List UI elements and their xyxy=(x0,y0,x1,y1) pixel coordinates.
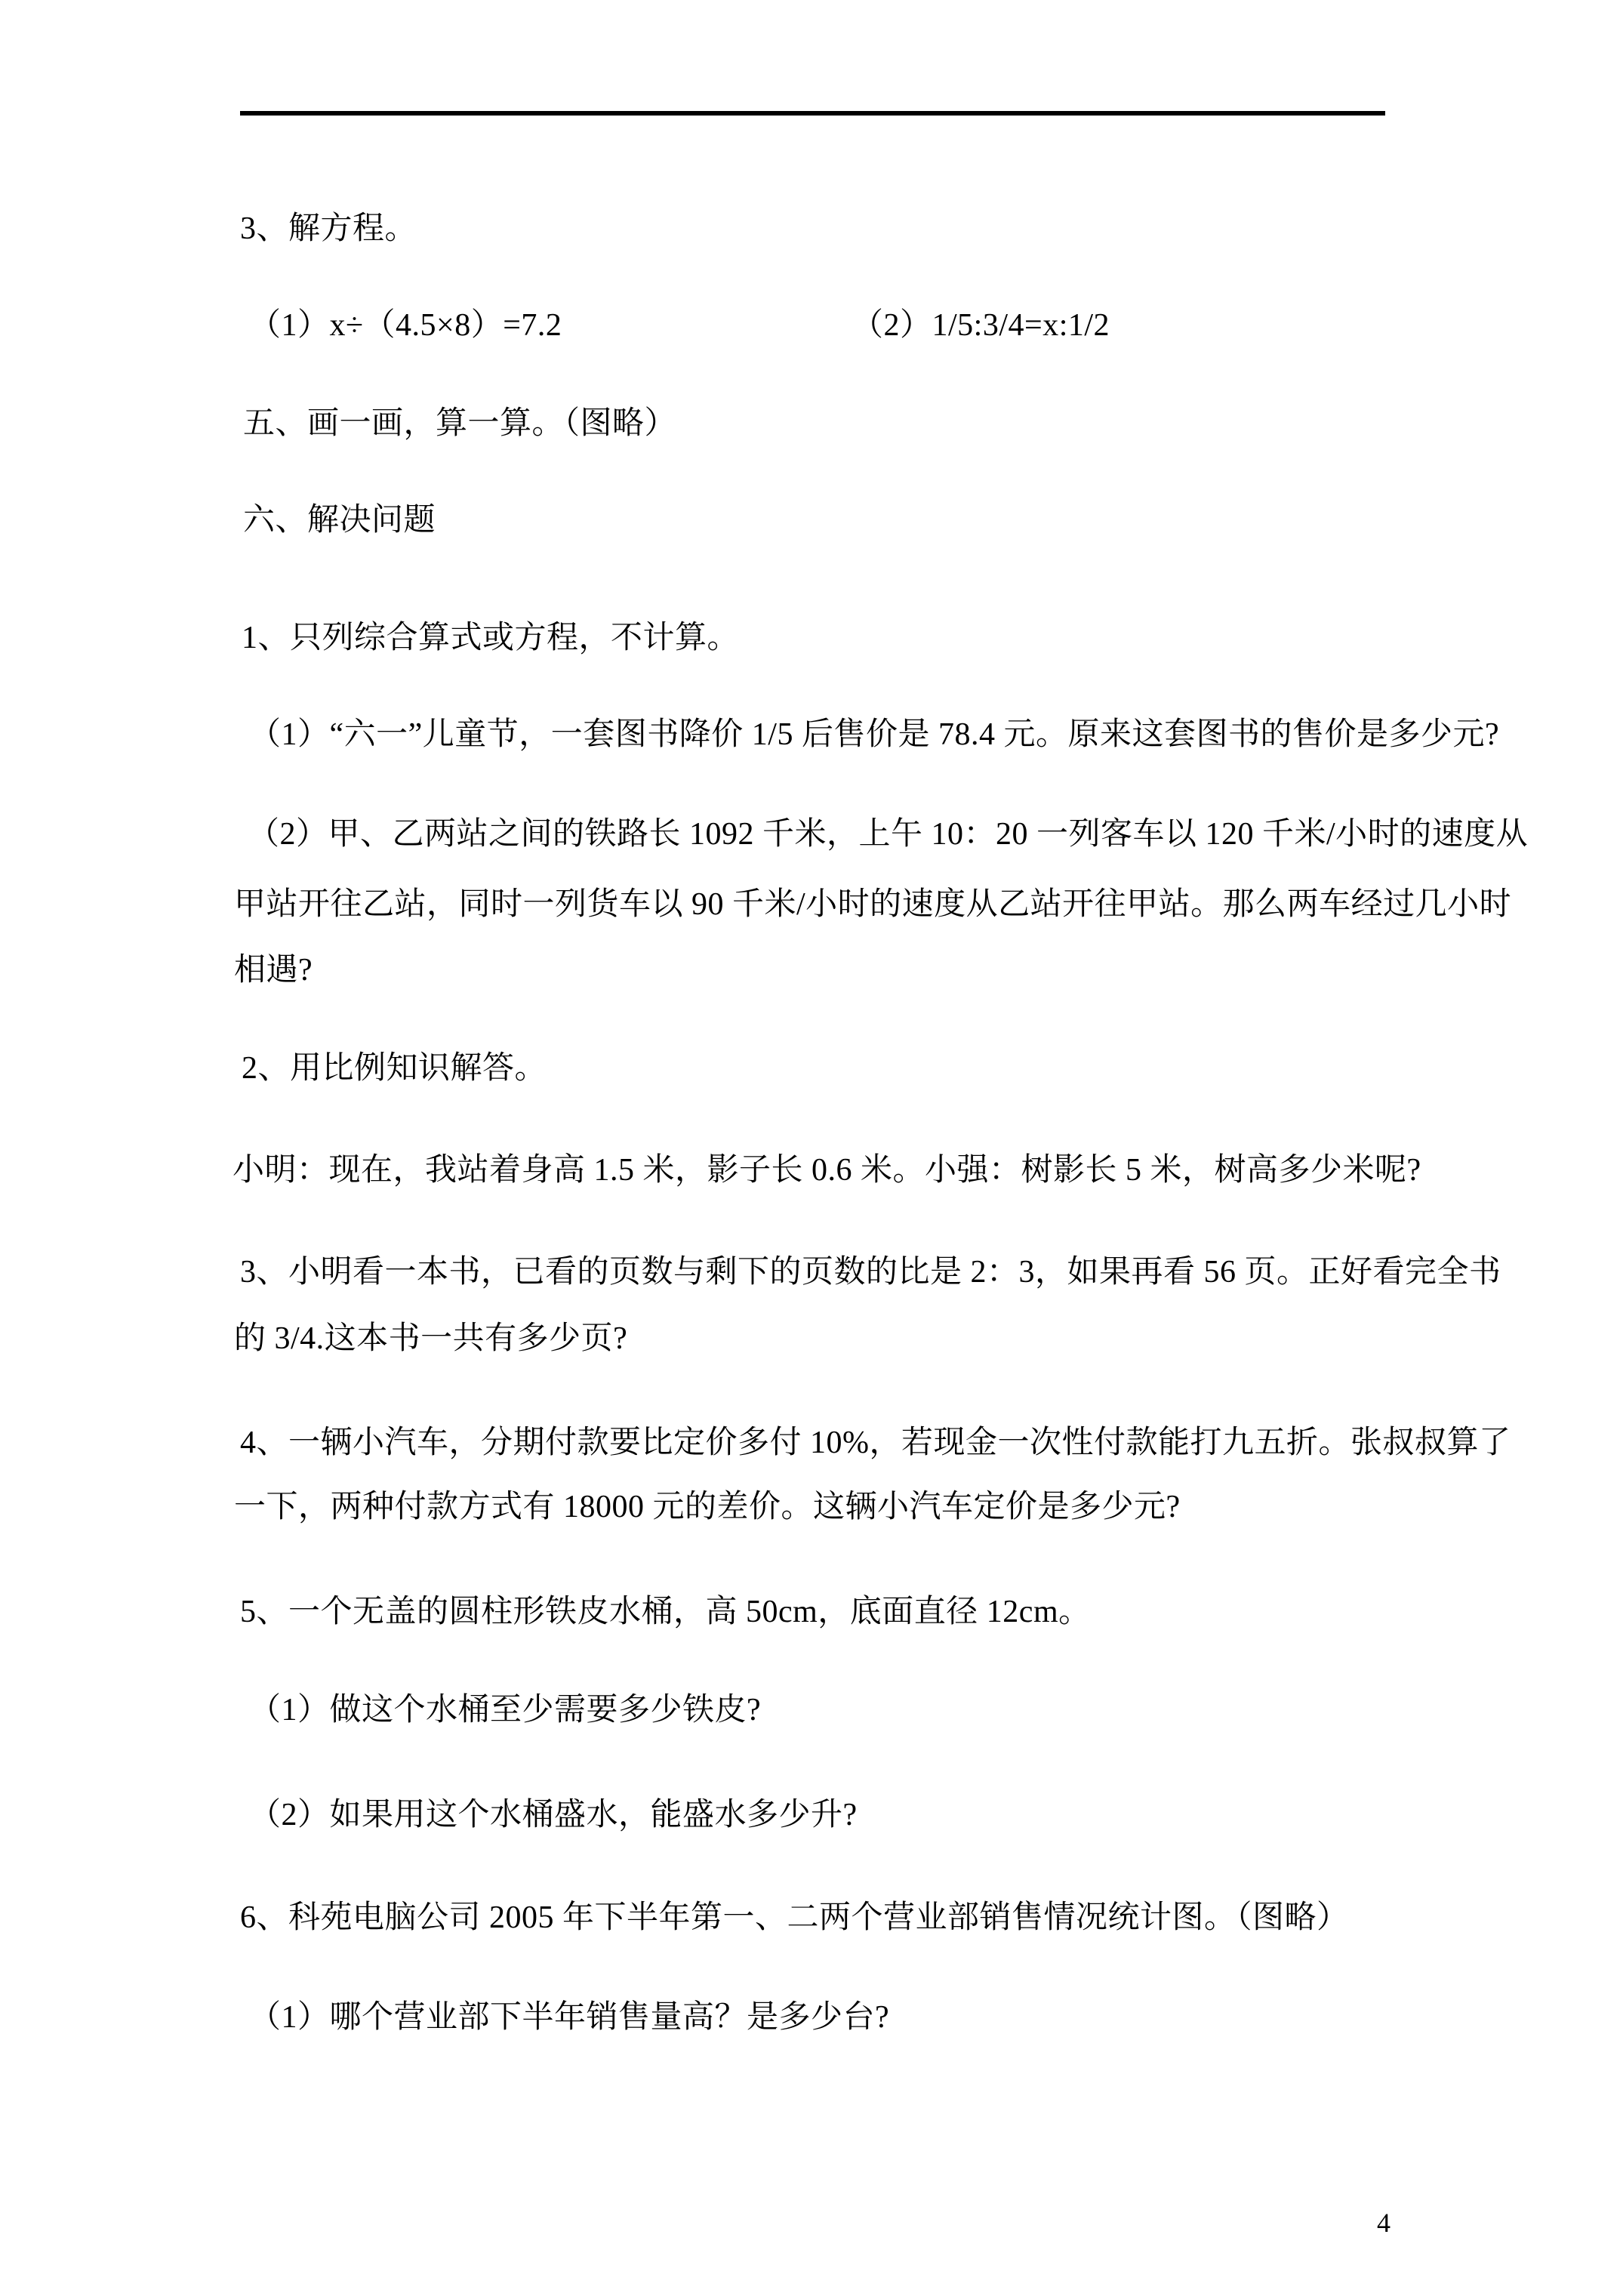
problem-3-equation-1: （1）x÷（4.5×8）=7.2 xyxy=(249,308,562,343)
section-5-heading: 五、画一画，算一算。（图略） xyxy=(243,406,676,441)
q4-line2: 一下，两种付款方式有 18000 元的差价。这辆小汽车定价是多少元? xyxy=(234,1490,1181,1524)
q4-line1: 4、一辆小汽车，分期付款要比定价多付 10%，若现金一次性付款能打九五折。张叔叔… xyxy=(240,1425,1511,1460)
q6-intro: 6、科苑电脑公司 2005 年下半年第一、二两个营业部销售情况统计图。（图略） xyxy=(240,1900,1349,1935)
q5-sub2: （2）如果用这个水桶盛水，能盛水多少升? xyxy=(249,1798,858,1832)
header-rule xyxy=(240,111,1385,116)
q2-body: 小明：现在，我站着身高 1.5 米，影子长 0.6 米。小强：树影长 5 米，树… xyxy=(233,1153,1421,1188)
q1-sub2-line3: 相遇? xyxy=(234,953,313,988)
q1-sub2-line2: 甲站开往乙站，同时一列货车以 90 千米/小时的速度从乙站开往甲站。那么两车经过… xyxy=(234,887,1511,922)
section-6-heading: 六、解决问题 xyxy=(243,503,436,538)
problem-3-heading: 3、解方程。 xyxy=(240,211,417,246)
q5-sub1: （1）做这个水桶至少需要多少铁皮? xyxy=(249,1693,761,1727)
q3-line1: 3、小明看一本书，已看的页数与剩下的页数的比是 2：3，如果再看 56 页。正好… xyxy=(240,1255,1501,1290)
q1-intro: 1、只列综合算式或方程，不计算。 xyxy=(242,621,739,655)
q1-sub2-line1: （2）甲、乙两站之间的铁路长 1092 千米，上午 10：20 一列客车以 12… xyxy=(248,817,1528,852)
q6-sub1: （1）哪个营业部下半年销售量高？是多少台? xyxy=(249,2000,889,2035)
q3-line2: 的 3/4.这本书一共有多少页? xyxy=(234,1321,627,1356)
q2-intro: 2、用比例知识解答。 xyxy=(242,1051,547,1086)
page-number: 4 xyxy=(1377,2208,1390,2238)
worksheet-page: 3、解方程。 （1）x÷（4.5×8）=7.2 （2）1/5:3/4=x:1/2… xyxy=(0,0,1623,2296)
q5-intro: 5、一个无盖的圆柱形铁皮水桶，高 50cm，底面直径 12cm。 xyxy=(240,1595,1091,1629)
q1-sub1: （1）“六一”儿童节，一套图书降价 1/5 后售价是 78.4 元。原来这套图书… xyxy=(249,717,1499,752)
problem-3-equation-2: （2）1/5:3/4=x:1/2 xyxy=(852,308,1110,343)
